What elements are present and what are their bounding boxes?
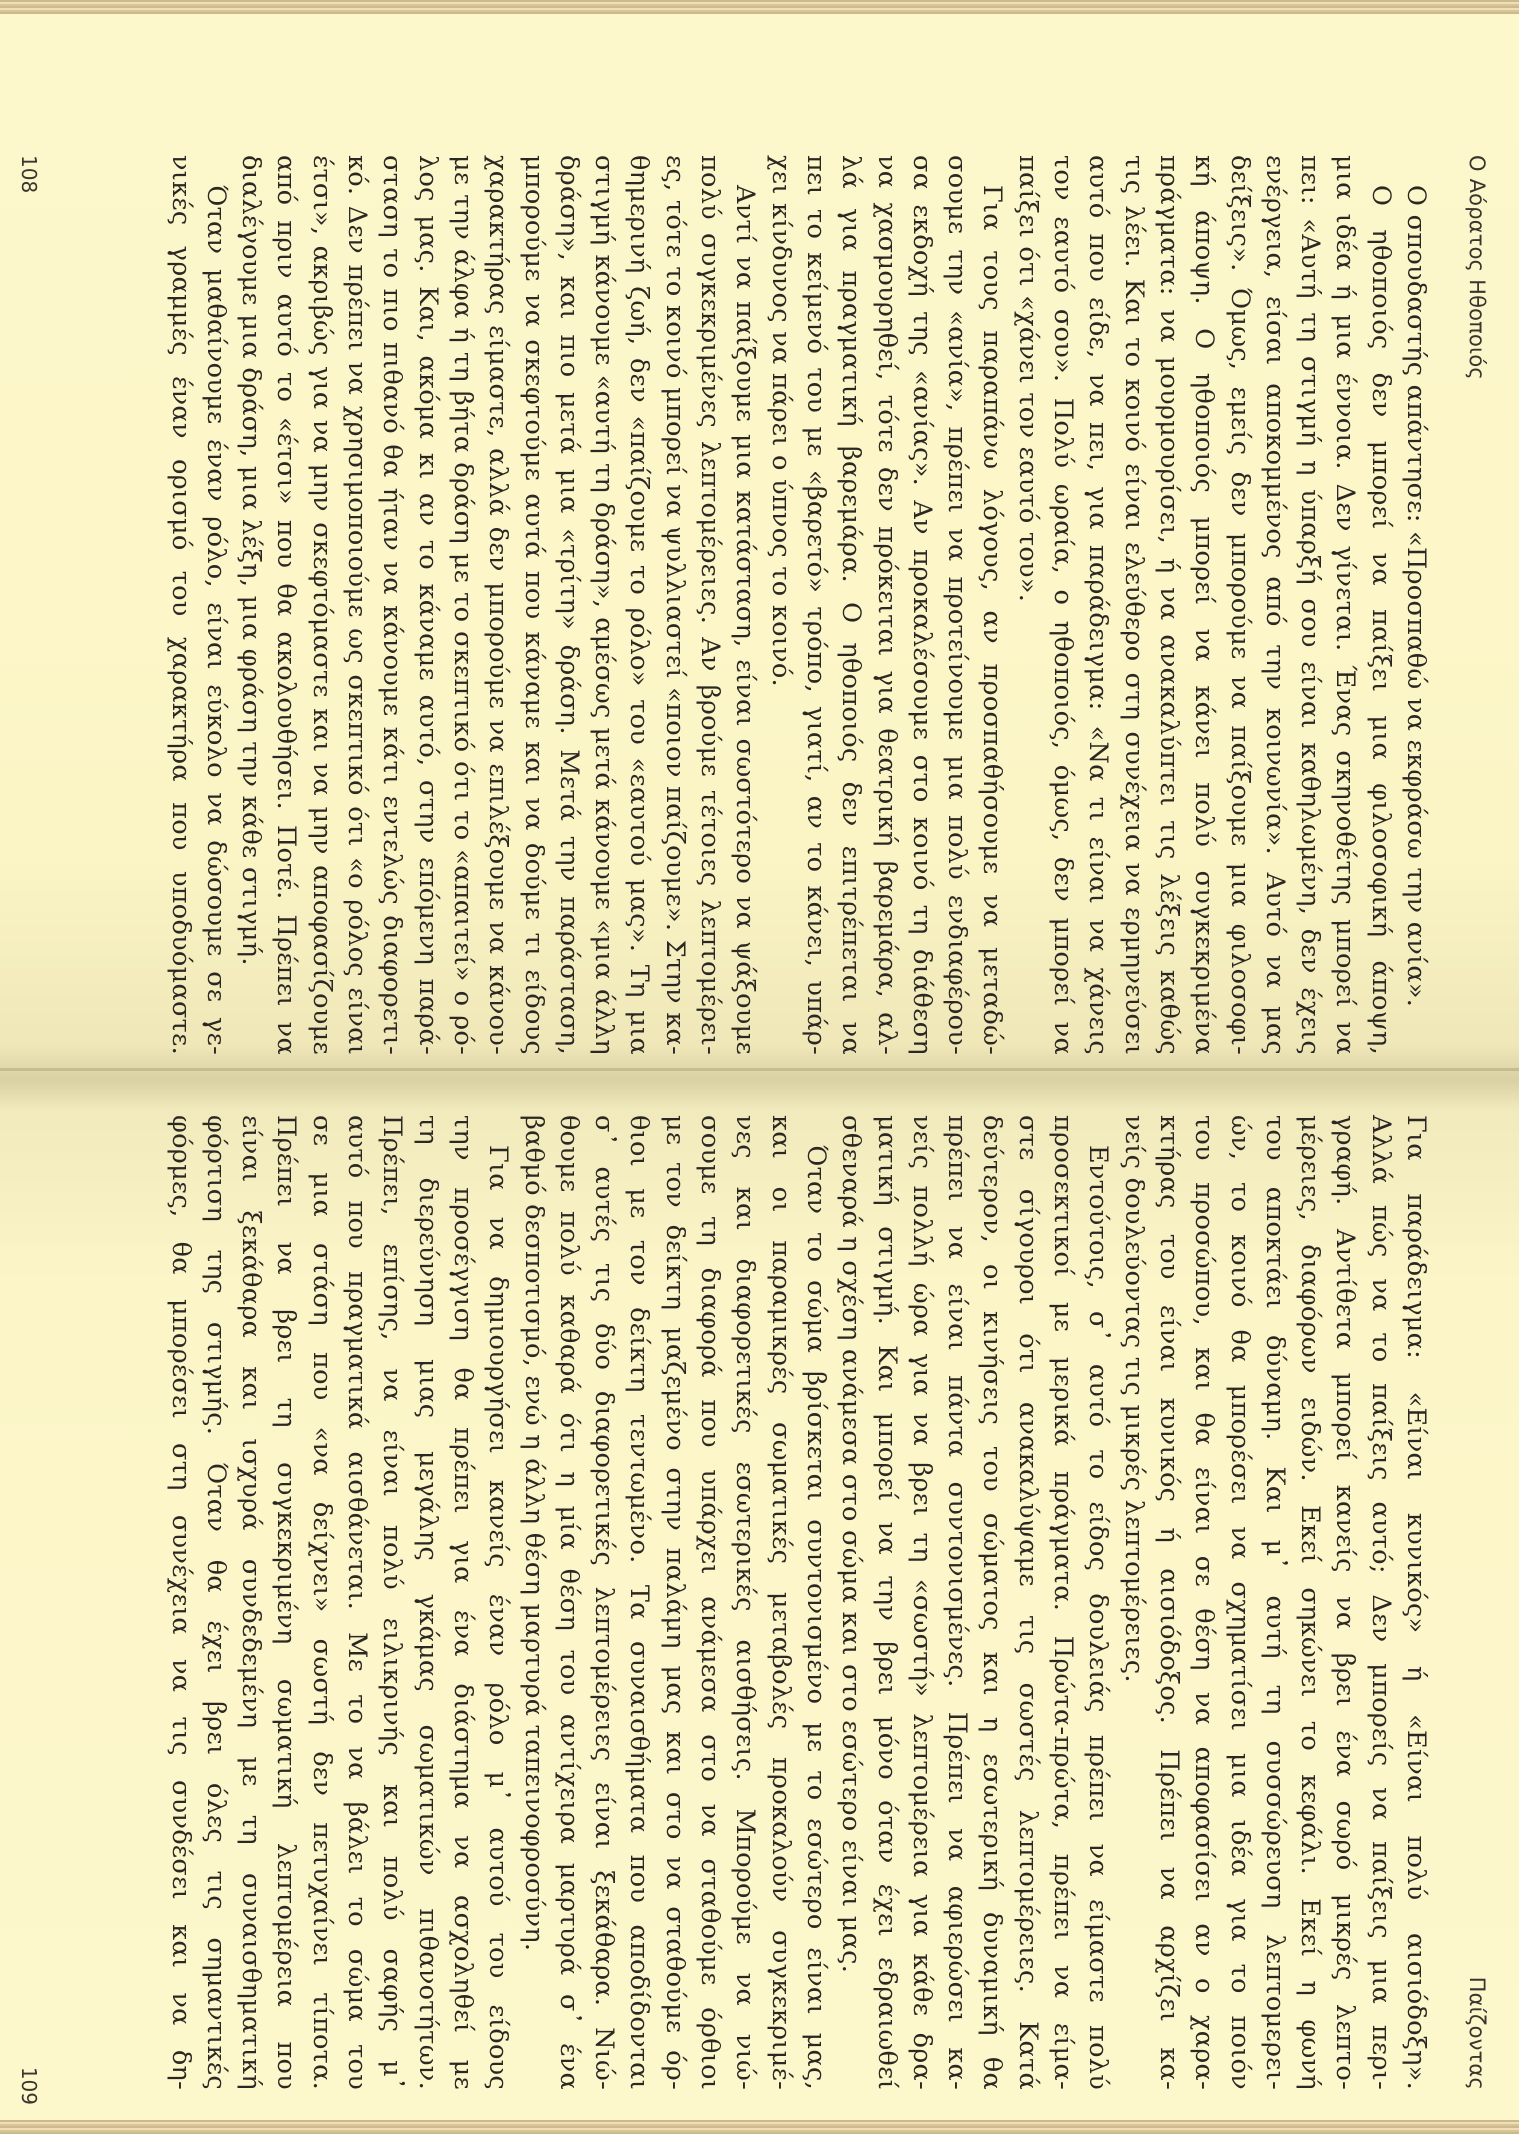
left-page-body: Ο σπουδαστής απάντησε: «Προσπαθώ να εκφρ… <box>162 155 1433 1055</box>
text-line: ματική στιγμή. Και μπορεί να την βρει μό… <box>868 1115 903 2090</box>
text-line: φόρτιση της στιγμής. Όταν θα έχει βρει ό… <box>198 1115 233 2090</box>
text-line: του αποκτάει δύναμη. Και μ᾿ αυτή τη συσσ… <box>1257 1115 1292 2090</box>
text-line: θημερινή ζωή, δεν «παίζουμε το ρόλο» του… <box>621 155 656 1055</box>
text-line: κό. Δεν πρέπει να χρησιμοποιούμε ως σκεπ… <box>339 155 374 1055</box>
book-spread: Ο Αόρατος Ηθοποιός Ο σπουδαστής απάντησε… <box>0 0 1519 2134</box>
text-line: έτσι», ακριβώς για να μην σκεφτόμαστε κα… <box>304 155 339 1055</box>
text-line: δεύτερον, οι κινήσεις του σώματος και η … <box>974 1115 1009 2090</box>
text-line: τον εαυτό σου». Πολύ ωραία, ο ηθοποιός, … <box>1045 155 1080 1055</box>
text-line: σουμε την «ανία», πρέπει να προτείνουμε … <box>939 155 974 1055</box>
page-edge-top <box>0 0 1519 14</box>
text-line: σε μια στάση που «να δείχνει» σωστή δεν … <box>304 1115 339 2090</box>
text-line: να χασμουρηθεί, τότε δεν πρόκειται για θ… <box>868 155 903 1055</box>
left-page: Ο Αόρατος Ηθοποιός Ο σπουδαστής απάντησε… <box>0 155 1519 1055</box>
text-line: βαθμό δεσποτισμό, ενώ η άλλη θέση μαρτυρ… <box>515 1115 550 2090</box>
text-line: σουμε τη διαφορά που υπάρχει ανάμεσα στο… <box>692 1115 727 2090</box>
text-line: πράγματα: να μουρμουρίσει, ή να ανακαλύπ… <box>1151 155 1186 1055</box>
text-line: στιγμή κάνουμε «αυτή τη δράση», αμέσως μ… <box>586 155 621 1055</box>
text-line: από πριν αυτό το «έτσι» που θα ακολουθήσ… <box>268 155 303 1055</box>
text-line: Για να δημιουργήσει κανείς έναν ρόλο μ᾿ … <box>480 1115 515 2090</box>
text-line: κή άποψη. Ο ηθοποιός μπορεί να κάνει πολ… <box>1186 155 1221 1055</box>
running-head-right: Παίζοντας <box>1465 1977 1489 2090</box>
text-line: την προσέγγιση θα πρέπει για ένα διάστημ… <box>445 1115 480 2090</box>
text-line: δείξεις». Όμως, εμείς δεν μπορούμε να πα… <box>1221 155 1256 1055</box>
text-line: παίξει ότι «χάνει τον εαυτό του». <box>1009 155 1044 1055</box>
text-line: αυτό που πραγματικά αισθάνεται. Με το να… <box>339 1115 374 2090</box>
text-line: Για τους παραπάνω λόγους, αν προσπαθήσου… <box>974 155 1009 1055</box>
text-line: χει κίνδυνος να πάρει ο ύπνος το κοινό. <box>762 155 797 1055</box>
text-line: λά για πραγματική βαρεμάρα. Ο ηθοποιός δ… <box>833 155 868 1055</box>
text-line: Αντί να παίξουμε μια κατάσταση, είναι σω… <box>727 155 762 1055</box>
text-line: Ο σπουδαστής απάντησε: «Προσπαθώ να εκφρ… <box>1398 155 1433 1055</box>
text-line: δράση», και πιο μετά μια «τρίτη» δράση. … <box>551 155 586 1055</box>
text-line: μέρειες, διαφόρων ειδών. Εκεί σηκώνει το… <box>1292 1115 1327 2090</box>
text-line: γραφή. Αντίθετα μπορεί κανείς να βρει έν… <box>1327 1115 1362 2090</box>
text-line: ενέργεια, είσαι αποκομμένος από την κοιν… <box>1257 155 1292 1055</box>
text-line: νικές γραμμές έναν ορισμό του χαρακτήρα … <box>162 155 197 1055</box>
gutter <box>0 1068 1519 1071</box>
page-number-right: 109 <box>17 2067 41 2105</box>
text-line: Εντούτοις, σ᾿ αυτό το είδος δουλειάς πρέ… <box>1080 1115 1115 2090</box>
text-line: Αλλά πώς να το παίξεις αυτό; Δεν μπορείς… <box>1362 1115 1397 2090</box>
text-line: είναι ξεκάθαρα και ισχυρά συνδεδεμένη με… <box>233 1115 268 2090</box>
text-line: Πρέπει, επίσης, να είναι πολύ ειλικρινής… <box>374 1115 409 2090</box>
text-line: Όταν μαθαίνουμε έναν ρόλο, είναι εύκολο … <box>198 155 233 1055</box>
text-line: λος μας. Και, ακόμα κι αν το κάναμε αυτό… <box>409 155 444 1055</box>
text-line: πει: «Αυτή τη στιγμή η ύπαρξή σου είναι … <box>1292 155 1327 1055</box>
right-page: Παίζοντας Για παράδειγμα: «Είναι κυνικός… <box>0 1115 1519 2090</box>
text-line: νείς δουλεύοντας τις μικρές λεπτομέρειες… <box>1115 1115 1150 2090</box>
text-line: Πρέπει να βρει τη συγκεκριμένη σωματική … <box>268 1115 303 2090</box>
text-line: ες, τότε το κοινό μπορεί να ψυλλιαστεί «… <box>656 155 691 1055</box>
text-line: προσεκτικοί με μερικά πράγματα. Πρώτα-πρ… <box>1045 1115 1080 2090</box>
text-line: τη διερεύνηση μιας μεγάλης γκάμας σωματι… <box>409 1115 444 2090</box>
text-line: και οι παραμικρές σωματικές μεταβολές πρ… <box>762 1115 797 2090</box>
text-line: με την άλφα ή τη βήτα δράση με το σκεπτι… <box>445 155 480 1055</box>
text-line: θουμε πολύ καθαρά ότι η μία θέση του αντ… <box>551 1115 586 2090</box>
text-line: μια ιδέα ή μια έννοια. Δεν γίνεται. Ένας… <box>1327 155 1362 1055</box>
text-line: του προσώπου, και θα είναι σε θέση να απ… <box>1186 1115 1221 2090</box>
text-line: θιοι με τον δείκτη τεντωμένο. Τα συναισθ… <box>621 1115 656 2090</box>
text-line: διαλέγουμε μια δράση, μια λέξη, μια φράσ… <box>233 155 268 1055</box>
text-line: αυτό που είδε, να πει, για παράδειγμα: «… <box>1080 155 1115 1055</box>
text-line: σα εκδοχή της «ανίας». Αν προκαλέσουμε σ… <box>904 155 939 1055</box>
text-line: ών, το κοινό θα μπορέσει να σχηματίσει μ… <box>1221 1115 1256 2090</box>
text-line: στε σίγουροι ότι ανακαλύψαμε τις σωστές … <box>1009 1115 1044 2090</box>
text-line: Για παράδειγμα: «Είναι κυνικός» ή «Είναι… <box>1398 1115 1433 2090</box>
text-line: φόρμες, θα μπορέσει στη συνέχεια να τις … <box>162 1115 197 2090</box>
running-head-left: Ο Αόρατος Ηθοποιός <box>1465 155 1489 380</box>
text-line: με τον δείκτη μαζεμένο στην παλάμη μας κ… <box>656 1115 691 2090</box>
text-line: πολύ συγκεκριμένες λεπτομέρειες. Αν βρού… <box>692 155 727 1055</box>
right-page-body: Για παράδειγμα: «Είναι κυνικός» ή «Είναι… <box>162 1115 1433 2090</box>
text-line: νες και διαφορετικές εσωτερικές αισθήσει… <box>727 1115 762 2090</box>
text-line: χαρακτήρας είμαστε, αλλά δεν μπορούμε να… <box>480 155 515 1055</box>
text-line: σθεναρά η σχέση ανάμεσα στο σώμα και στο… <box>833 1115 868 2090</box>
text-line: Ο ηθοποιός δεν μπορεί να παίξει μια φιλο… <box>1362 155 1397 1055</box>
text-line: νείς πολλή ώρα για να βρει τη «σωστή» λε… <box>904 1115 939 2090</box>
text-line: τις λέει. Και το κοινό είναι ελεύθερο στ… <box>1115 155 1150 1055</box>
text-line: μπορούμε να σκεφτούμε αυτά που κάναμε κα… <box>515 155 550 1055</box>
page-number-left: 108 <box>17 155 41 193</box>
text-line: σταση το πιο πιθανό θα ήταν να κάνουμε κ… <box>374 155 409 1055</box>
page-edge-bottom <box>0 2120 1519 2134</box>
text-line: Όταν το σώμα βρίσκεται συντονισμένο με τ… <box>798 1115 833 2090</box>
text-line: κτήρας του είναι κυνικός ή αισιόδοξος. Π… <box>1151 1115 1186 2090</box>
text-line: πρέπει να είναι πάντα συντονισμένες. Πρέ… <box>939 1115 974 2090</box>
text-line: πει το κείμενό του με «βαρετό» τρόπο, γι… <box>798 155 833 1055</box>
text-line: σ᾿ αυτές τις δύο διαφορετικές λεπτομέρει… <box>586 1115 621 2090</box>
